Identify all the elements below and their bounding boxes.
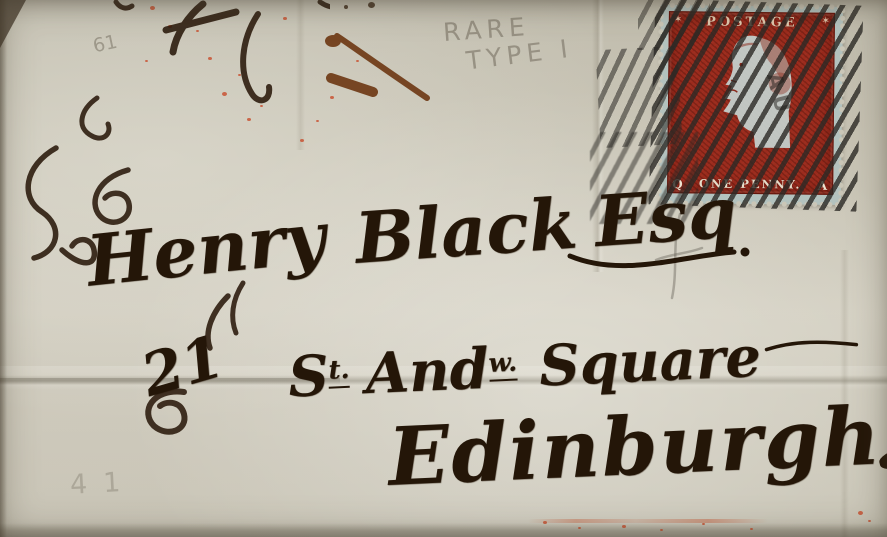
square-tail-flourish: [764, 330, 860, 360]
red-speck: [858, 511, 863, 515]
address-line3: Edinburgh: [386, 386, 887, 504]
addressee-surname: Black: [352, 182, 579, 280]
street-name: And: [364, 336, 490, 407]
esq-flourish: [562, 226, 762, 286]
postal-cover-photo: 17 61 RARE TYPE I 41 ✶ POSTAGE ✶: [0, 0, 887, 537]
ink-dot: [344, 5, 348, 9]
street-abbrev-superscript: t.: [328, 355, 350, 389]
paper-crease-bottom: [0, 523, 887, 537]
city-name: Edinburgh: [386, 388, 883, 503]
ink-dot: [368, 2, 375, 8]
pencil-number-bottom: 41: [69, 466, 137, 500]
street-name-superscript: w.: [488, 348, 518, 382]
red-ink-smear: [528, 519, 768, 523]
street-suffix: Square: [538, 324, 762, 400]
cancellation-bars: [638, 0, 710, 50]
manuscript-rate-mark: 17: [315, 18, 445, 113]
street-abbrev: S: [287, 343, 330, 411]
